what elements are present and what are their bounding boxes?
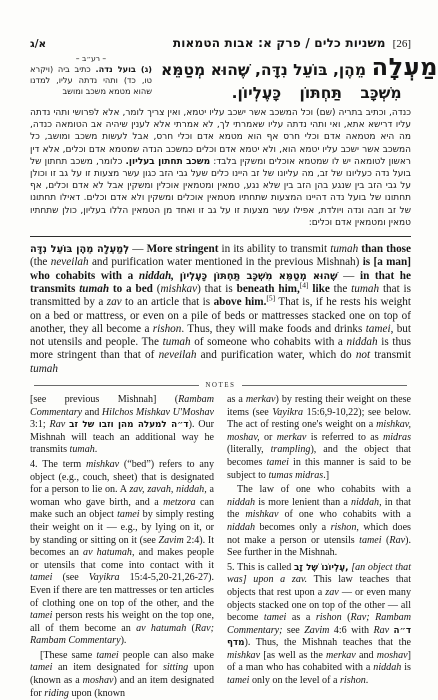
mishnah-line1: [ג] לְמַעְלָה מֵהֶן, בּוֹעֵל נִדָּה, שֶׁ… [161, 53, 438, 81]
notes-right-column: as a merkav) by resting their weight on … [227, 394, 411, 700]
mishnah-text: [ג] לְמַעְלָה מֵהֶן, בּוֹעֵל נִדָּה, שֶׁ… [161, 53, 438, 102]
divider-line-right [242, 385, 407, 386]
mishnah-section: – רע״ב – (ג) בועל נדה. כתיב ביה (ויקרא ט… [30, 53, 411, 102]
page-content: א/ג משניות כלים / פרק א: אבות הטמאות [26… [0, 0, 438, 700]
title-group: משניות כלים / פרק א: אבות הטמאות [26] [173, 36, 411, 50]
divider-line-left [34, 385, 199, 386]
section-divider-rule [30, 236, 411, 237]
notes-divider: NOTES [34, 382, 407, 389]
note-paragraph: [see previous Mishnah] (Rambam Commentar… [30, 394, 214, 457]
note-paragraph: as a merkav) by resting their weight on … [227, 394, 411, 482]
daf-reference: א/ג [30, 38, 46, 50]
mishnah-line1-text: מֵהֶן, בּוֹעֵל נִדָּה, שֶׁהוּא מְטַמֵּא [161, 61, 366, 79]
notes-left-column: [see previous Mishnah] (Rambam Commentar… [30, 394, 214, 700]
rav-commentary-sidebar: – רע״ב – (ג) בועל נדה. כתיב ביה (ויקרא ט… [30, 53, 152, 102]
notes-section: [see previous Mishnah] (Rambam Commentar… [30, 394, 411, 700]
notes-label: NOTES [206, 382, 236, 389]
chapter-title: משניות כלים / פרק א: אבות הטמאות [173, 36, 386, 50]
translation-paragraph: לְמַעְלָה מֵהֶן בּוֹעֵל נִדָּה — More st… [30, 243, 411, 376]
note-paragraph: [These same tamei people can also make t… [30, 650, 214, 700]
note-paragraph: 4. The term mishkav (“bed”) refers to an… [30, 459, 214, 648]
note-paragraph: 5. This is called עֶלְיוֹנוֹ שֶׁל זָב, [… [227, 562, 411, 688]
rav-caption: – רע״ב – [30, 54, 152, 63]
page-header: א/ג משניות כלים / פרק א: אבות הטמאות [26… [30, 36, 411, 50]
rav-side-text: (ג) בועל נדה. כתיב ביה (ויקרא טו, כד) ות… [30, 64, 152, 96]
note-paragraph: The law of one who cohabits with a nidda… [227, 484, 411, 560]
mishnah-opening-word: לְמַעְלָה [372, 53, 438, 81]
rav-commentary-main: כנדה, וכתיב בתריה (שם) וכל המשכב אשר ישכ… [30, 107, 411, 229]
page-number: [26] [393, 38, 411, 50]
book-page: א/ג משניות כלים / פרק א: אבות הטמאות [26… [0, 0, 438, 700]
mishnah-line2-text: מִשְׁכָּב תַּחְתּוֹן כָּעֶלְיוֹן. [161, 84, 438, 102]
